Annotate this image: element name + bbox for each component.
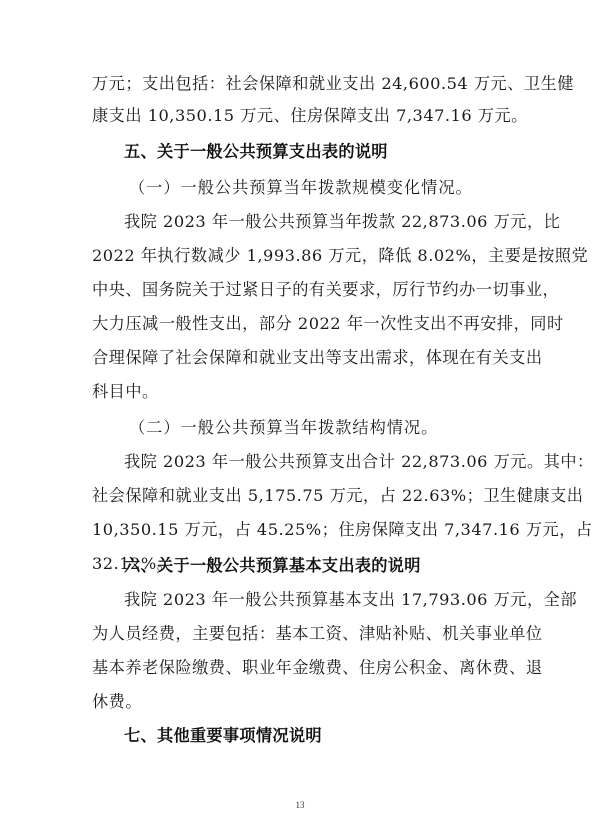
subsection-title-2: （二）一般公共预算当年拨款结构情况。 bbox=[129, 418, 438, 438]
paragraph-line: 基本养老保险缴费、职业年金缴费、住房公积金、离休费、退 bbox=[92, 658, 514, 678]
paragraph-line: 科目中。 bbox=[92, 382, 514, 402]
subsection-title-1: （一）一般公共预算当年拨款规模变化情况。 bbox=[129, 178, 473, 198]
section-heading-7: 七、其他重要事项情况说明 bbox=[124, 726, 322, 746]
paragraph-line: 社会保障和就业支出 5,175.75 万元，占 22.63%；卫生健康支出 bbox=[92, 486, 514, 506]
paragraph-line: 为人员经费，主要包括：基本工资、津贴补贴、机关事业单位 bbox=[92, 624, 514, 644]
paragraph-line: 中央、国务院关于过紧日子的有关要求，厉行节约办一切事业， bbox=[92, 280, 514, 300]
paragraph-line: 2022 年执行数减少 1,993.86 万元，降低 8.02%，主要是按照党 bbox=[92, 246, 514, 266]
paragraph-line: 大力压减一般性支出，部分 2022 年一次性支出不再安排，同时 bbox=[92, 314, 514, 334]
paragraph-line: 休费。 bbox=[92, 692, 514, 712]
paragraph-line: 合理保障了社会保障和就业支出等支出需求，体现在有关支出 bbox=[92, 348, 514, 368]
paragraph-line: 我院 2023 年一般公共预算当年拨款 22,873.06 万元，比 bbox=[124, 212, 514, 232]
section-heading-5: 五、关于一般公共预算支出表的说明 bbox=[124, 142, 388, 162]
paragraph-line: 我院 2023 年一般公共预算支出合计 22,873.06 万元。其中： bbox=[124, 452, 514, 472]
paragraph-line: 10,350.15 万元，占 45.25%；住房保障支出 7,347.16 万元… bbox=[92, 520, 514, 540]
paragraph-line: 康支出 10,350.15 万元、住房保障支出 7,347.16 万元。 bbox=[92, 106, 514, 126]
section-heading-6: 六、关于一般公共预算基本支出表的说明 bbox=[124, 556, 421, 576]
paragraph-line: 我院 2023 年一般公共预算基本支出 17,793.06 万元，全部 bbox=[124, 590, 514, 610]
paragraph-line: 万元；支出包括：社会保障和就业支出 24,600.54 万元、卫生健 bbox=[92, 74, 514, 94]
page-number: 13 bbox=[0, 800, 600, 810]
